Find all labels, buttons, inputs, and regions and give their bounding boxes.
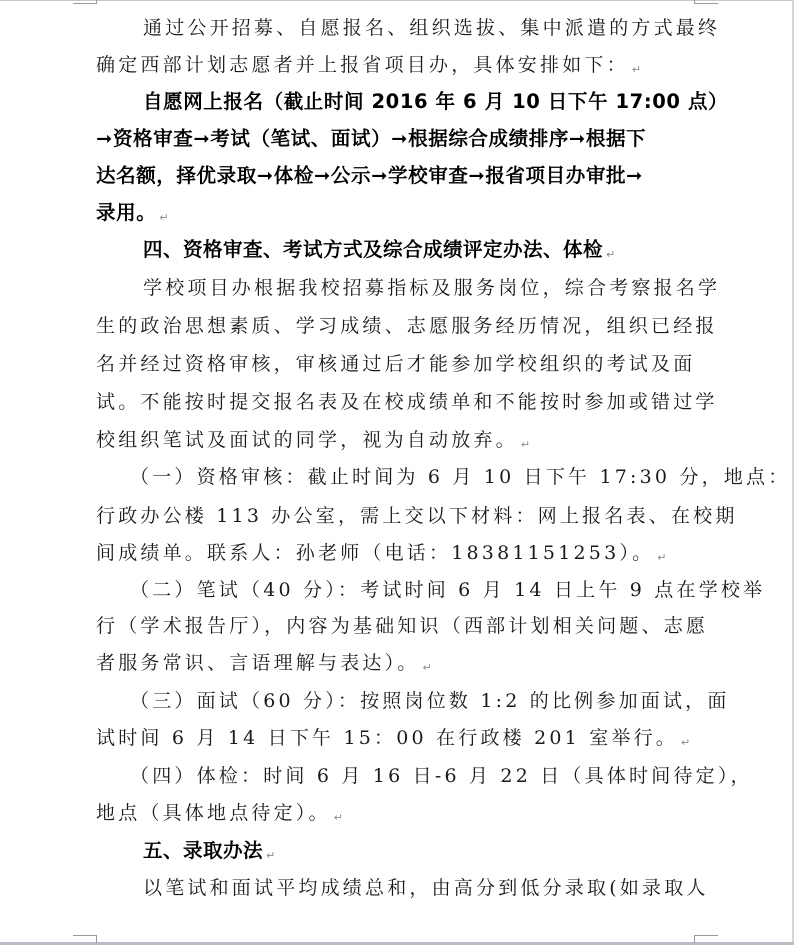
line-text: 达名额，择优录取➞体检➞公示➞学校审查➞报省项目办审批➞ [96, 164, 643, 187]
section4-line-3: 名并经过资格审核，审核通过后才能参加学校组织的考试及面 [96, 352, 695, 376]
line-text: 以笔试和面试平均成绩总和，由高分到低分录取(如录取人 [143, 877, 709, 899]
section4-line-4: 试。不能按时提交报名表及在校成绩单和不能按时参加或错过学 [96, 390, 718, 414]
item-4-line-2: 地点（具体地点待定）。↵ [96, 801, 343, 825]
line-text: 自愿网上报名（截止时间 2016 年 6 月 10 日下午 17:00 点） [143, 90, 728, 113]
line-text: 录用。 [96, 201, 156, 224]
heading-text: 四、资格审查、考试方式及综合成绩评定办法、体检 [143, 238, 603, 261]
document-page: 通过公开招募、自愿报名、组织选拔、集中派遣的方式最终 确定西部计划志愿者并上报省… [0, 0, 794, 945]
section4-line-1: 学校项目办根据我校招募指标及服务岗位，综合考察报名学 [143, 276, 720, 300]
paragraph-mark-icon: ↵ [521, 438, 530, 451]
crop-mark-top-right [694, 0, 718, 4]
line-text: （四）体检：时间 6 月 16 日-6 月 22 日（具体时间待定）， [130, 765, 753, 787]
line-text: （三）面试（60 分）：按照岗位数 1:2 的比例参加面试，面 [130, 690, 730, 712]
process-line-2: ➞资格审查➞考试（笔试、面试）➞根据综合成绩排序➞根据下 [96, 127, 646, 151]
line-text: 地点（具体地点待定）。 [96, 802, 331, 824]
line-text: ➞资格审查➞考试（笔试、面试）➞根据综合成绩排序➞根据下 [96, 127, 646, 150]
crop-mark-top-left [73, 0, 97, 4]
line-text: 校组织笔试及面试的同学，视为自动放弃。 [96, 429, 518, 451]
line-text: 学校项目办根据我校招募指标及服务岗位，综合考察报名学 [143, 277, 720, 299]
item-4-line-1: （四）体检：时间 6 月 16 日-6 月 22 日（具体时间待定）， [130, 764, 753, 788]
process-line-4: 录用。↵ [96, 201, 169, 225]
item-2-line-1: （二）笔试（40 分）：考试时间 6 月 14 日上午 9 点在学校举 [130, 578, 765, 602]
crop-mark-bottom-left [73, 935, 97, 943]
section4-line-5: 校组织笔试及面试的同学，视为自动放弃。↵ [96, 428, 530, 452]
process-line-1: 自愿网上报名（截止时间 2016 年 6 月 10 日下午 17:00 点） [143, 90, 728, 114]
paragraph-mark-icon: ↵ [266, 849, 275, 862]
line-text: 行（学术报告厅），内容为基础知识（西部计划相关问题、志愿 [96, 615, 708, 637]
item-2-line-3: 者服务常识、言语理解与表达）。↵ [96, 651, 432, 675]
section-heading-5: 五、录取办法↵ [143, 839, 275, 863]
line-text: 间成绩单。联系人：孙老师（电话：18381151253）。 [96, 542, 654, 564]
line-text: 试时间 6 月 14 日下午 15：00 在行政楼 201 室举行。 [96, 727, 678, 749]
item-1-line-3: 间成绩单。联系人：孙老师（电话：18381151253）。↵ [96, 541, 667, 565]
intro-line-1: 通过公开招募、自愿报名、组织选拔、集中派遣的方式最终 [143, 16, 720, 40]
page-top-edge [0, 0, 794, 1]
paragraph-mark-icon: ↵ [681, 736, 690, 749]
process-line-3: 达名额，择优录取➞体检➞公示➞学校审查➞报省项目办审批➞ [96, 164, 643, 188]
item-3-line-2: 试时间 6 月 14 日下午 15：00 在行政楼 201 室举行。↵ [96, 726, 690, 750]
item-1-line-1: （一）资格审核：截止时间为 6 月 10 日下午 17:30 分，地点： [130, 465, 790, 489]
line-text: 者服务常识、言语理解与表达）。 [96, 652, 420, 674]
line-text: （一）资格审核：截止时间为 6 月 10 日下午 17:30 分，地点： [130, 466, 790, 488]
paragraph-mark-icon: ↵ [423, 661, 432, 674]
line-text: 确定西部计划志愿者并上报省项目办，具体安排如下： [96, 54, 629, 76]
line-text: 名并经过资格审核，审核通过后才能参加学校组织的考试及面 [96, 353, 695, 375]
paragraph-mark-icon: ↵ [632, 63, 641, 76]
item-2-line-2: 行（学术报告厅），内容为基础知识（西部计划相关问题、志愿 [96, 614, 708, 638]
item-3-line-1: （三）面试（60 分）：按照岗位数 1:2 的比例参加面试，面 [130, 689, 730, 713]
line-text: 生的政治思想素质、学习成绩、志愿服务经历情况，组织已经报 [96, 315, 718, 337]
heading-text: 五、录取办法 [143, 839, 263, 862]
line-text: 行政办公楼 113 办公室，需上交以下材料：网上报名表、在校期 [96, 505, 738, 527]
item-1-line-2: 行政办公楼 113 办公室，需上交以下材料：网上报名表、在校期 [96, 504, 738, 528]
section4-line-2: 生的政治思想素质、学习成绩、志愿服务经历情况，组织已经报 [96, 314, 718, 338]
paragraph-mark-icon: ↵ [606, 248, 615, 261]
line-text: （二）笔试（40 分）：考试时间 6 月 14 日上午 9 点在学校举 [130, 579, 765, 601]
line-text: 试。不能按时提交报名表及在校成绩单和不能按时参加或错过学 [96, 391, 718, 413]
section-heading-4: 四、资格审查、考试方式及综合成绩评定办法、体检↵ [143, 238, 615, 262]
crop-mark-bottom-right [694, 935, 718, 943]
section5-line-1: 以笔试和面试平均成绩总和，由高分到低分录取(如录取人 [143, 876, 709, 900]
line-text: 通过公开招募、自愿报名、组织选拔、集中派遣的方式最终 [143, 17, 720, 39]
paragraph-mark-icon: ↵ [334, 811, 343, 824]
paragraph-mark-icon: ↵ [657, 551, 666, 564]
paragraph-mark-icon: ↵ [159, 211, 168, 224]
intro-line-2: 确定西部计划志愿者并上报省项目办，具体安排如下：↵ [96, 53, 641, 77]
